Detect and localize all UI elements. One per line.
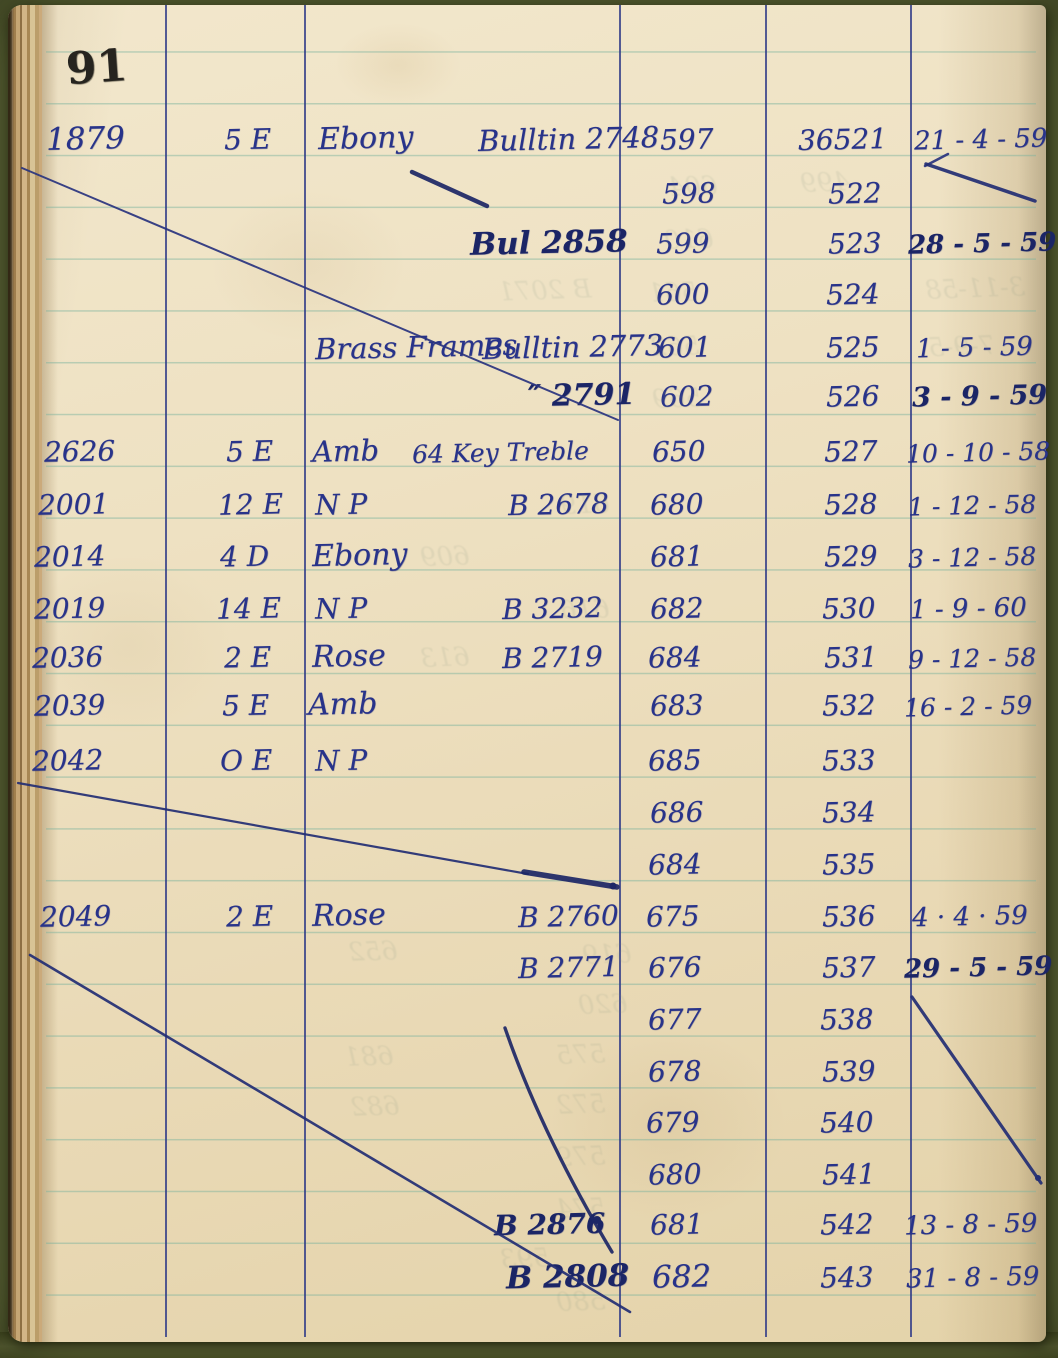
strike-through-lines <box>0 0 1058 1358</box>
strike-line <box>926 164 1035 201</box>
ink-blob <box>610 883 617 890</box>
scanned-ledger-page: 91 18795 EEbonyBulltin 27485973652121 - … <box>0 0 1058 1358</box>
ink-blob <box>1035 1175 1041 1181</box>
strike-line <box>912 997 1041 1183</box>
strike-line <box>18 783 528 874</box>
strike-line <box>412 172 487 206</box>
strike-line <box>30 955 630 1312</box>
ink-blob <box>593 1216 601 1224</box>
strike-line <box>524 872 617 887</box>
strike-line <box>22 168 618 420</box>
